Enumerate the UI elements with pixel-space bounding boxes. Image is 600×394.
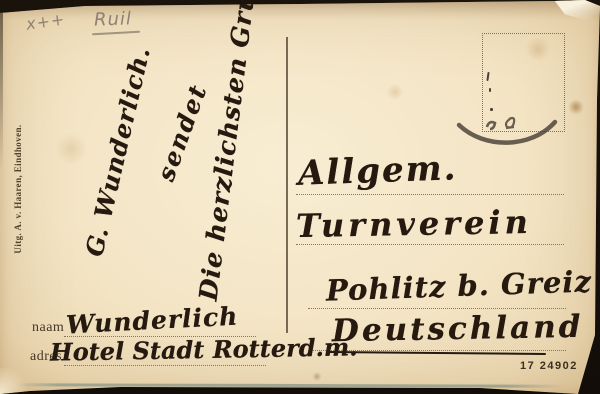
stain-spot <box>312 372 322 381</box>
address-value: Hotel Stadt Rotterd.m. <box>50 335 358 364</box>
address-line-3: Pohlitz b. Greiz <box>326 267 593 305</box>
message-line-2: sendet <box>154 81 211 184</box>
address-underline-stroke <box>328 351 546 355</box>
divider-line <box>286 37 288 333</box>
address-rule-1 <box>296 194 564 195</box>
name-label: naam <box>32 320 64 336</box>
pencil-underline <box>92 31 140 35</box>
corner-curl-highlight <box>0 368 30 394</box>
bottom-deckle-edge <box>15 383 563 387</box>
pencil-note-ruil: Ruil <box>94 8 133 30</box>
pencil-mark: x++ <box>25 9 67 33</box>
serial-number: 17 24902 <box>520 360 578 372</box>
message-line-1: Die herzlichsten Grüße <box>196 0 263 302</box>
address-line-2: Turnverein <box>296 206 532 242</box>
photo-frame: x++ Ruil Uitg. A. v. Haaren, Eindhoven. … <box>0 0 600 394</box>
stain-spot <box>386 84 404 100</box>
top-edge-shade <box>0 0 600 20</box>
stain-spot <box>568 99 584 115</box>
postcard-back: x++ Ruil Uitg. A. v. Haaren, Eindhoven. … <box>0 0 600 394</box>
postmark-icon <box>449 109 567 151</box>
address-line-1: Allgem. <box>297 151 458 191</box>
address-line-4: Deutschland <box>332 312 584 347</box>
publisher-imprint: Uitg. A. v. Haaren, Eindhoven. <box>13 109 23 269</box>
name-value: Wunderlich <box>65 304 238 338</box>
ink-speck <box>489 88 491 92</box>
message-signature: G. Wunderlich. <box>82 44 154 258</box>
left-edge-shadow <box>0 10 3 170</box>
stain-spot <box>54 134 88 164</box>
